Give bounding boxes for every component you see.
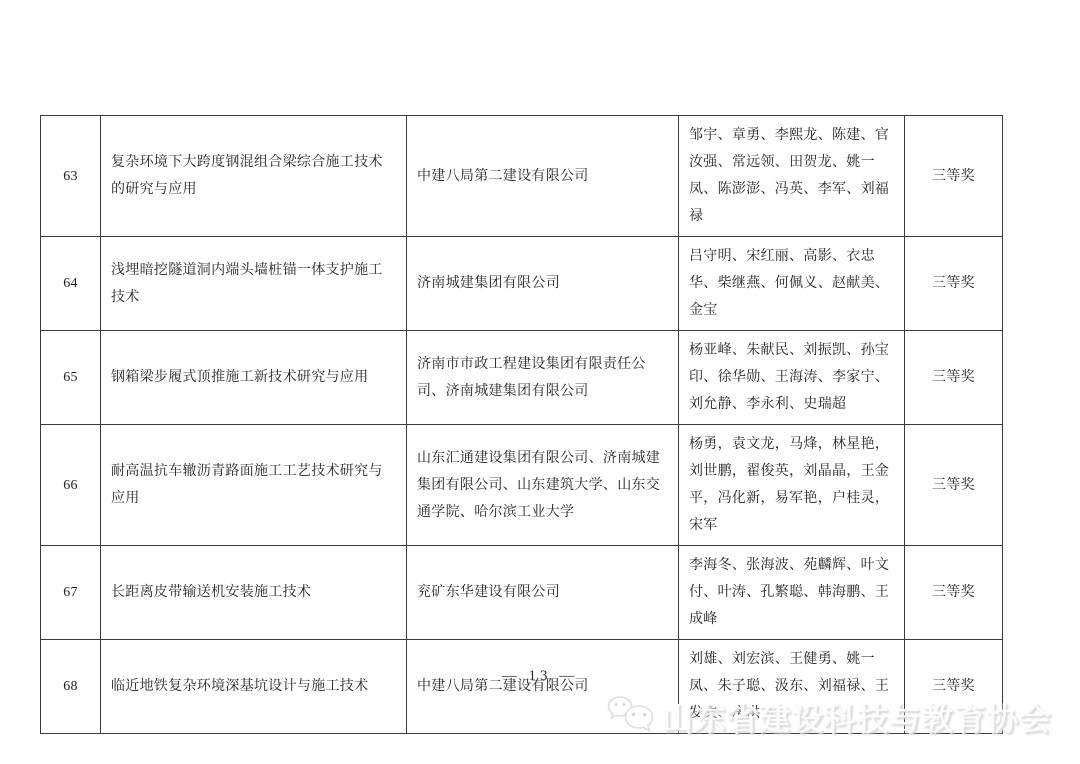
project-title: 临近地铁复杂环境深基坑设计与施工技术 — [101, 640, 407, 734]
winner-names: 杨勇，袁文龙，马烽，林星艳，刘世鹏，翟俊英，刘晶晶，王金平，冯化新，易军艳，户桂… — [679, 425, 905, 546]
row-number: 66 — [41, 425, 101, 546]
award-level: 三等奖 — [905, 425, 1003, 546]
company-name: 兖矿东华建设有限公司 — [407, 546, 679, 640]
row-number: 67 — [41, 546, 101, 640]
row-number: 64 — [41, 237, 101, 331]
wechat-icon — [606, 693, 658, 739]
table-row: 63 复杂环境下大跨度钢混组合梁综合施工技术的研究与应用 中建八局第二建设有限公… — [41, 116, 1003, 237]
award-level: 三等奖 — [905, 546, 1003, 640]
table-row: 67 长距离皮带输送机安装施工技术 兖矿东华建设有限公司 李海冬、张海波、苑麟辉… — [41, 546, 1003, 640]
table-row: 66 耐高温抗车辙沥青路面施工工艺技术研究与应用 山东汇通建设集团有限公司、济南… — [41, 425, 1003, 546]
project-title: 浅埋暗挖隧道洞内端头墙桩锚一体支护施工技术 — [101, 237, 407, 331]
table-row: 64 浅埋暗挖隧道洞内端头墙桩锚一体支护施工技术 济南城建集团有限公司 吕守明、… — [41, 237, 1003, 331]
row-number: 68 — [41, 640, 101, 734]
document-page: 63 复杂环境下大跨度钢混组合梁综合施工技术的研究与应用 中建八局第二建设有限公… — [0, 0, 1080, 764]
winner-names: 杨亚峰、朱献民、刘振凯、孙宝印、徐华勋、王海涛、李家宁、刘允静、李永利、史瑞超 — [679, 331, 905, 425]
row-number: 63 — [41, 116, 101, 237]
page-number: — 13 — — [0, 668, 1080, 685]
association-watermark: 山东省建设科技与教育协会 — [606, 693, 1052, 739]
company-name: 济南市市政工程建设集团有限责任公司、济南城建集团有限公司 — [407, 331, 679, 425]
winner-names: 吕守明、宋红丽、高影、衣忠华、柴继燕、何佩义、赵献美、金宝 — [679, 237, 905, 331]
row-number: 65 — [41, 331, 101, 425]
project-title: 复杂环境下大跨度钢混组合梁综合施工技术的研究与应用 — [101, 116, 407, 237]
award-level: 三等奖 — [905, 237, 1003, 331]
company-name: 济南城建集团有限公司 — [407, 237, 679, 331]
watermark-text: 山东省建设科技与教育协会 — [662, 694, 1052, 739]
project-title: 耐高温抗车辙沥青路面施工工艺技术研究与应用 — [101, 425, 407, 546]
project-title: 钢箱梁步履式顶推施工新技术研究与应用 — [101, 331, 407, 425]
project-title: 长距离皮带输送机安装施工技术 — [101, 546, 407, 640]
awards-table: 63 复杂环境下大跨度钢混组合梁综合施工技术的研究与应用 中建八局第二建设有限公… — [40, 115, 1003, 734]
winner-names: 邹宇、章勇、李熙龙、陈建、官汝强、常远领、田贺龙、姚一凤、陈澎澎、冯英、李军、刘… — [679, 116, 905, 237]
award-level: 三等奖 — [905, 331, 1003, 425]
winner-names: 李海冬、张海波、苑麟辉、叶文付、叶涛、孔繁聪、韩海鹏、王成峰 — [679, 546, 905, 640]
award-level: 三等奖 — [905, 116, 1003, 237]
company-name: 山东汇通建设集团有限公司、济南城建集团有限公司、山东建筑大学、山东交通学院、哈尔… — [407, 425, 679, 546]
table-row: 65 钢箱梁步履式顶推施工新技术研究与应用 济南市市政工程建设集团有限责任公司、… — [41, 331, 1003, 425]
company-name: 中建八局第二建设有限公司 — [407, 116, 679, 237]
